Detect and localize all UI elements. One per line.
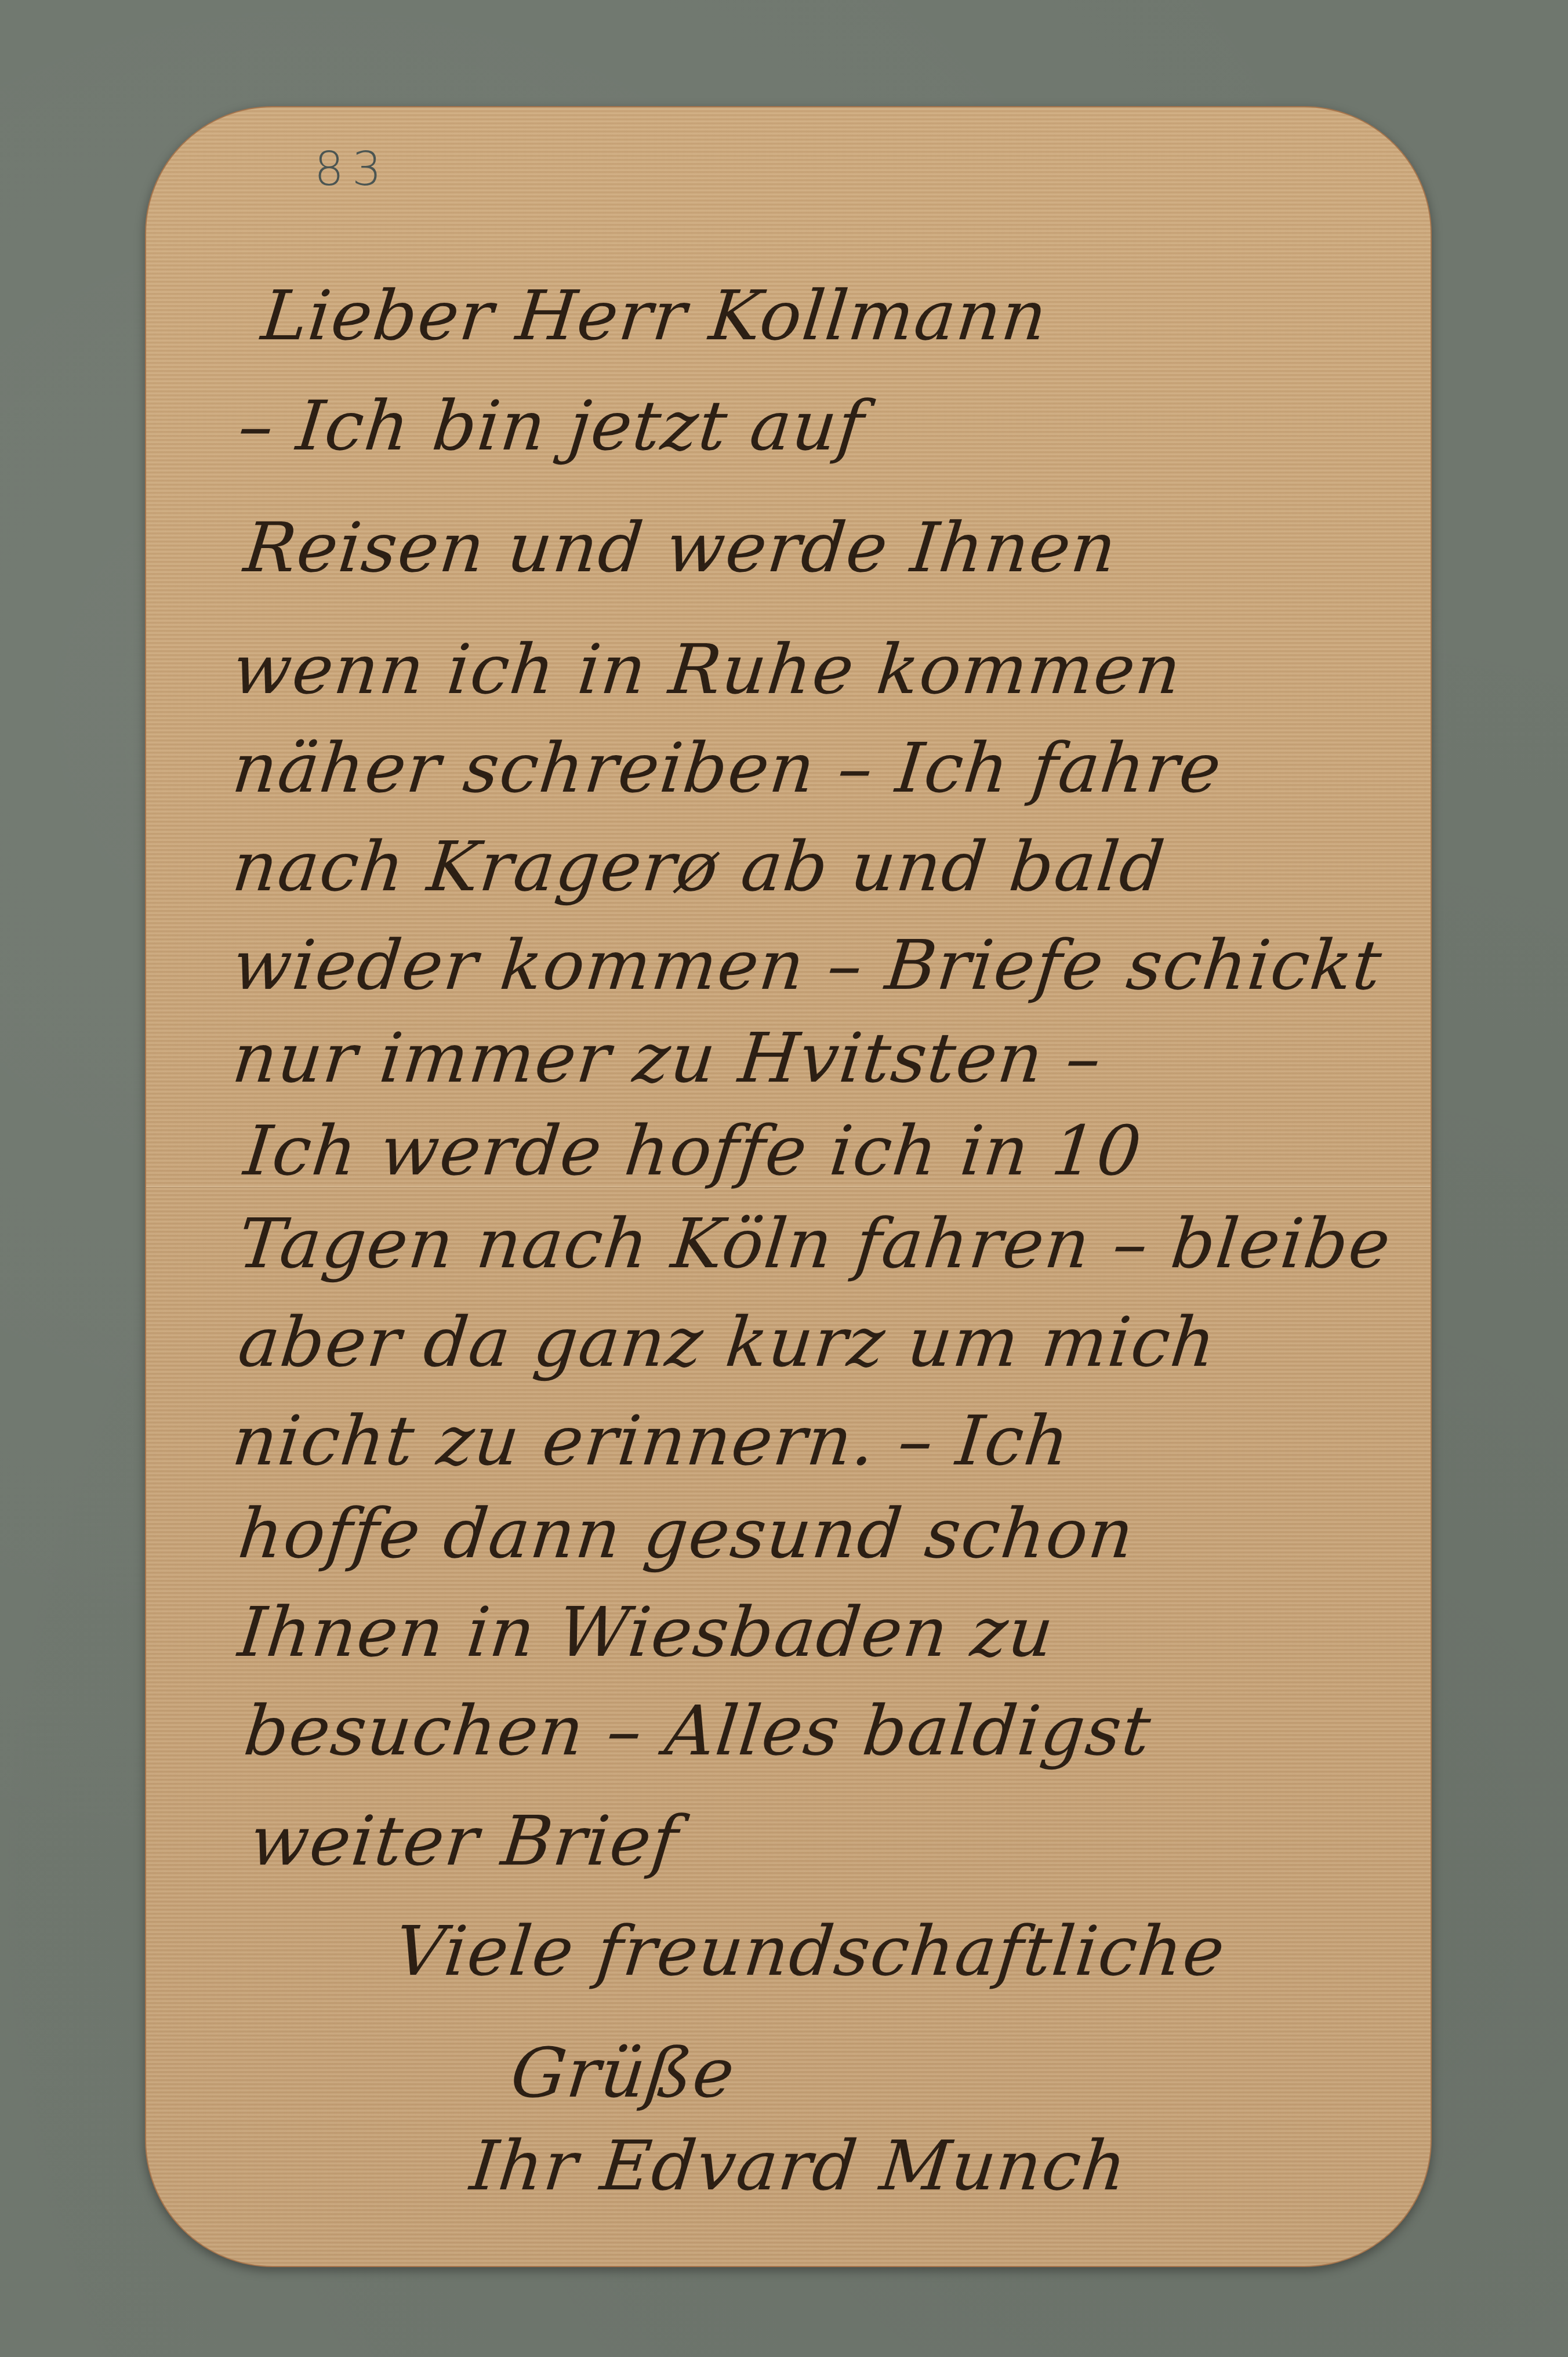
body-line: hoffe dann gesund schon <box>235 1493 1138 1573</box>
body-line: nach Kragerø ab und bald <box>229 826 1169 906</box>
body-line: Ihnen in Wiesbaden zu <box>235 1592 1058 1672</box>
mount-board: 83 Lieber Herr Kollmann – Ich bin jetzt … <box>0 0 1568 2357</box>
body-line: weiter Brief <box>246 1801 683 1881</box>
body-line: Reisen und werde Ihnen <box>241 507 1121 588</box>
body-line: wenn ich in Ruhe kommen <box>229 629 1186 709</box>
body-line: nicht zu erinnern. – Ich <box>229 1401 1074 1481</box>
body-line: nur immer zu Hvitsten – <box>229 1018 1106 1098</box>
body-line: Ich werde hoffe ich in 10 <box>241 1111 1146 1191</box>
body-line: näher schreiben – Ich fahre <box>229 728 1226 808</box>
salutation: Lieber Herr Kollmann <box>258 275 1052 356</box>
body-line: Tagen nach Köln fahren – bleibe <box>235 1203 1395 1283</box>
signature: Ihr Edvard Munch <box>467 2126 1131 2206</box>
body-line: wieder kommen – Briefe schickt <box>229 925 1386 1005</box>
body-line: aber da ganz kurz um mich <box>235 1302 1221 1382</box>
archive-number: 83 <box>314 142 390 196</box>
closing-line: Grüße <box>507 2033 739 2113</box>
closing-line: Viele freundschaftliche <box>391 1911 1229 1991</box>
letter-sheet: 83 Lieber Herr Kollmann – Ich bin jetzt … <box>145 106 1432 2267</box>
body-line: – Ich bin jetzt auf <box>235 386 869 466</box>
body-line: besuchen – Alles baldigst <box>241 1691 1155 1771</box>
